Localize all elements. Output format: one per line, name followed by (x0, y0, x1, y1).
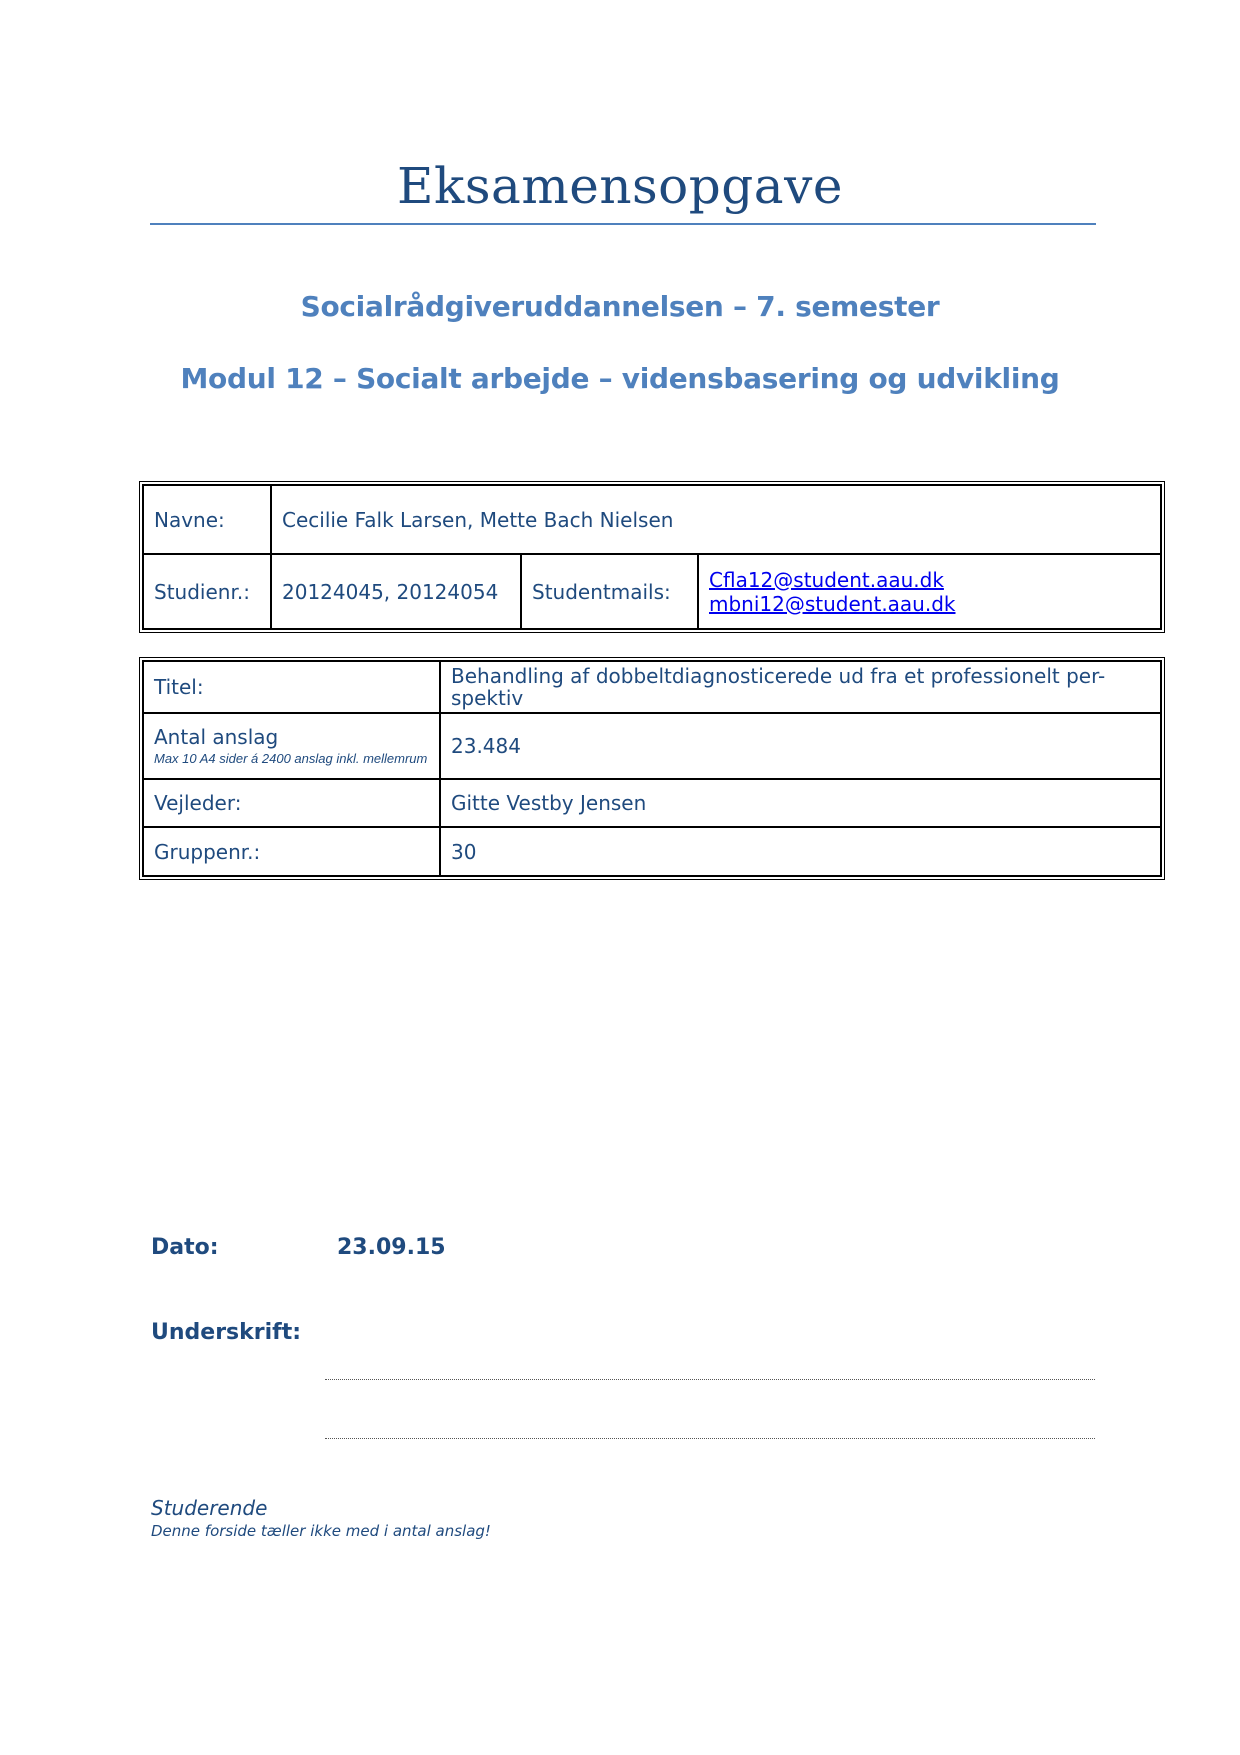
mails-cell: Cfla12@student.aau.dk mbni12@student.aau… (698, 554, 1161, 629)
mails-label: Studentmails: (521, 554, 698, 629)
studienr-label: Studienr.: (143, 554, 271, 629)
anslag-value: 23.484 (440, 713, 1161, 779)
anslag-label: Antal anslag (154, 725, 429, 749)
email-link[interactable]: Cfla12@student.aau.dk (709, 568, 1150, 592)
titel-label: Titel: (143, 661, 440, 713)
table-row: Titel: Behandling af dobbeltdiagnosticer… (143, 661, 1161, 713)
program-subtitle: Socialrådgiveruddannelsen – 7. semester (130, 290, 1110, 323)
gruppe-value: 30 (440, 827, 1161, 876)
vejleder-label: Vejleder: (143, 779, 440, 827)
table-row: Antal anslag Max 10 A4 sider á 2400 ansl… (143, 713, 1161, 779)
module-subtitle: Modul 12 – Socialt arbejde – vidensbaser… (130, 362, 1110, 395)
gruppe-label: Gruppenr.: (143, 827, 440, 876)
names-label: Navne: (143, 485, 271, 554)
table-row: Navne: Cecilie Falk Larsen, Mette Bach N… (143, 485, 1161, 554)
title-divider (150, 223, 1096, 225)
titel-value: Behandling af dobbeltdiagnosticerede ud … (440, 661, 1161, 713)
titel-value-line: spektiv (451, 687, 1150, 709)
assignment-info-table: Titel: Behandling af dobbeltdiagnosticer… (139, 657, 1165, 880)
table-row: Vejleder: Gitte Vestby Jensen (143, 779, 1161, 827)
anslag-cell: Antal anslag Max 10 A4 sider á 2400 ansl… (143, 713, 440, 779)
document-title: Eksamensopgave (150, 150, 1090, 222)
student-info-table: Navne: Cecilie Falk Larsen, Mette Bach N… (139, 481, 1165, 633)
anslag-note: Max 10 A4 sider á 2400 anslag inkl. mell… (154, 749, 429, 768)
dato-label: Dato: (151, 1235, 219, 1260)
disclaimer-text: Denne forside tæller ikke med i antal an… (151, 1522, 491, 1540)
titel-value-line: Behandling af dobbeltdiagnosticerede ud … (451, 665, 1150, 687)
table-row: Gruppenr.: 30 (143, 827, 1161, 876)
studienr-value: 20124045, 20124054 (271, 554, 521, 629)
table-row: Studienr.: 20124045, 20124054 Studentmai… (143, 554, 1161, 629)
signature-line (325, 1438, 1095, 1439)
email-link[interactable]: mbni12@student.aau.dk (709, 592, 1150, 616)
underskrift-label: Underskrift: (151, 1320, 301, 1345)
vejleder-value: Gitte Vestby Jensen (440, 779, 1161, 827)
dato-value: 23.09.15 (337, 1235, 446, 1260)
names-value: Cecilie Falk Larsen, Mette Bach Nielsen (271, 485, 1161, 554)
signature-line (325, 1379, 1095, 1380)
studerende-caption: Studerende (151, 1496, 267, 1520)
